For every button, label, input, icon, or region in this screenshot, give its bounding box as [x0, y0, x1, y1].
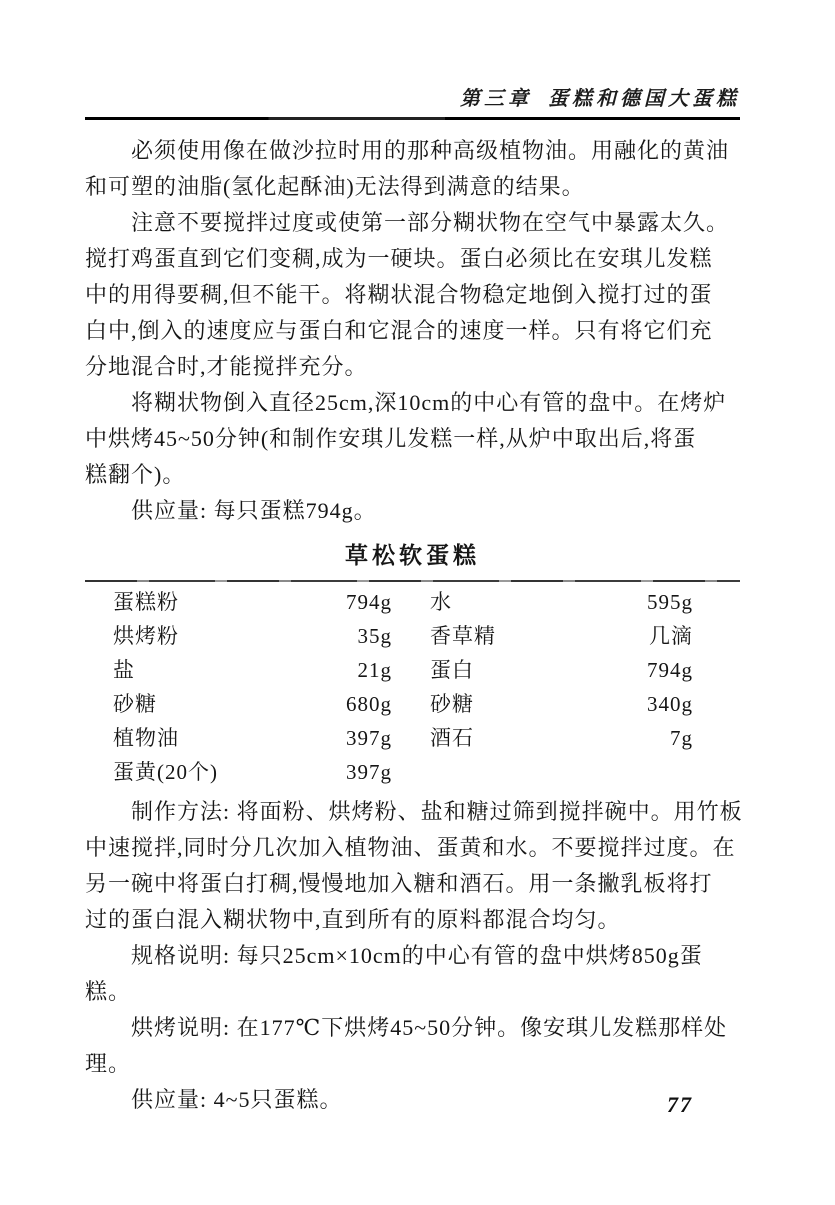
text-line: 过的蛋白混入糊状物中,直到所有的原料都混合均匀。 [85, 902, 740, 938]
ingredient-name: 酒石 [430, 721, 474, 755]
ingredient-amount: 794g [346, 585, 392, 619]
ingredient-amount: 21g [358, 653, 393, 687]
ingredient-amount: 7g [670, 721, 693, 755]
ingredient-pair: 蛋糕粉 794g [113, 585, 392, 619]
spec-paragraph: 规格说明: 每只25cm×10cm的中心有管的盘中烘烤850g蛋 糕。 [85, 938, 740, 1010]
ingredient-row: 砂糖 680g 砂糖 340g [85, 687, 740, 721]
recipe-title: 草松软蛋糕 [85, 539, 740, 573]
ingredient-name: 蛋糕粉 [113, 585, 179, 619]
ingredient-row: 蛋黄(20个) 397g [85, 755, 740, 789]
intro-paragraph-3: 将糊状物倒入直径25cm,深10cm的中心有管的盘中。在烤炉 中烘烤45~50分… [85, 385, 740, 493]
serving-note: 供应量: 每只蛋糕794g。 [85, 493, 740, 529]
ingredient-pair: 植物油 397g [113, 721, 392, 755]
method-paragraph: 制作方法: 将面粉、烘烤粉、盐和糖过筛到搅拌碗中。用竹板 中速搅拌,同时分几次加… [85, 794, 740, 938]
ingredient-pair: 砂糖 680g [113, 687, 392, 721]
ingredient-name: 砂糖 [113, 687, 157, 721]
text-line: 供应量: 每只蛋糕794g。 [85, 493, 740, 529]
yield-paragraph: 供应量: 4~5只蛋糕。 [85, 1082, 740, 1118]
ingredient-amount: 680g [346, 687, 392, 721]
ingredient-pair: 烘烤粉 35g [113, 619, 392, 653]
text-line: 供应量: 4~5只蛋糕。 [85, 1082, 740, 1118]
ingredient-pair: 砂糖 340g [430, 687, 693, 721]
book-page: 第三章蛋糕和德国大蛋糕 必须使用像在做沙拉时用的那种高级植物油。用融化的黄油 和… [0, 0, 835, 1205]
text-line: 中的用得要稠,但不能干。将糊状混合物稳定地倒入搅打过的蛋 [85, 277, 740, 313]
text-line: 中速搅拌,同时分几次加入植物油、蛋黄和水。不要搅拌过度。在 [85, 830, 740, 866]
page-header: 第三章蛋糕和德国大蛋糕 [85, 86, 740, 113]
text-line: 搅打鸡蛋直到它们变稠,成为一硬块。蛋白必须比在安琪儿发糕 [85, 241, 740, 277]
text-line: 糕。 [85, 974, 740, 1010]
ingredient-pair: 水 595g [430, 585, 693, 619]
text-line: 必须使用像在做沙拉时用的那种高级植物油。用融化的黄油 [85, 133, 740, 169]
text-line: 白中,倒入的速度应与蛋白和它混合的速度一样。只有将它们充 [85, 313, 740, 349]
text-line: 理。 [85, 1046, 740, 1082]
ingredient-amount: 794g [647, 653, 693, 687]
text-line: 中烘烤45~50分钟(和制作安琪儿发糕一样,从炉中取出后,将蛋 [85, 421, 740, 457]
ingredient-row: 植物油 397g 酒石 7g [85, 721, 740, 755]
ingredient-amount: 340g [647, 687, 693, 721]
intro-paragraph-2: 注意不要搅拌过度或使第一部分糊状物在空气中暴露太久。 搅打鸡蛋直到它们变稠,成为… [85, 205, 740, 385]
ingredient-name: 蛋黄(20个) [113, 755, 218, 789]
ingredient-row: 蛋糕粉 794g 水 595g [85, 585, 740, 619]
text-line: 糕翻个)。 [85, 457, 740, 493]
intro-paragraph-1: 必须使用像在做沙拉时用的那种高级植物油。用融化的黄油 和可塑的油脂(氢化起酥油)… [85, 133, 740, 205]
text-line: 注意不要搅拌过度或使第一部分糊状物在空气中暴露太久。 [85, 205, 740, 241]
ingredient-pair: 盐 21g [113, 653, 392, 687]
ingredient-amount: 397g [346, 755, 392, 789]
ingredient-pair: 香草精 几滴 [430, 619, 693, 653]
ingredient-pair [430, 755, 693, 789]
ingredient-amount: 35g [358, 619, 393, 653]
text-line: 将糊状物倒入直径25cm,深10cm的中心有管的盘中。在烤炉 [85, 385, 740, 421]
chapter-label: 第三章 [460, 88, 532, 110]
ingredient-name: 香草精 [430, 619, 496, 653]
header-rule [85, 117, 740, 120]
ingredient-row: 烘烤粉 35g 香草精 几滴 [85, 619, 740, 653]
ingredient-amount: 595g [647, 585, 693, 619]
text-line: 规格说明: 每只25cm×10cm的中心有管的盘中烘烤850g蛋 [85, 938, 740, 974]
ingredient-name: 蛋白 [430, 653, 474, 687]
page-number: 77 [667, 1092, 693, 1118]
text-line: 另一碗中将蛋白打稠,慢慢地加入糖和酒石。用一条撇乳板将打 [85, 866, 740, 902]
ingredient-name: 烘烤粉 [113, 619, 179, 653]
recipe-rule [85, 580, 740, 582]
ingredient-amount: 397g [346, 721, 392, 755]
ingredient-pair: 酒石 7g [430, 721, 693, 755]
ingredient-name: 盐 [113, 653, 135, 687]
text-line: 和可塑的油脂(氢化起酥油)无法得到满意的结果。 [85, 169, 740, 205]
baking-paragraph: 烘烤说明: 在177℃下烘烤45~50分钟。像安琪儿发糕那样处 理。 [85, 1010, 740, 1082]
running-title: 蛋糕和德国大蛋糕 [548, 88, 740, 110]
ingredient-pair: 蛋白 794g [430, 653, 693, 687]
ingredient-amount: 几滴 [649, 619, 693, 653]
ingredient-name: 植物油 [113, 721, 179, 755]
ingredient-row: 盐 21g 蛋白 794g [85, 653, 740, 687]
text-line: 制作方法: 将面粉、烘烤粉、盐和糖过筛到搅拌碗中。用竹板 [85, 794, 740, 830]
page-content: 第三章蛋糕和德国大蛋糕 必须使用像在做沙拉时用的那种高级植物油。用融化的黄油 和… [85, 0, 740, 1118]
text-line: 烘烤说明: 在177℃下烘烤45~50分钟。像安琪儿发糕那样处 [85, 1010, 740, 1046]
ingredient-name: 砂糖 [430, 687, 474, 721]
ingredient-pair: 蛋黄(20个) 397g [113, 755, 392, 789]
ingredient-name: 水 [430, 585, 452, 619]
ingredients-table: 蛋糕粉 794g 水 595g 烘烤粉 35g 香草精 几滴 [85, 585, 740, 789]
text-line: 分地混合时,才能搅拌充分。 [85, 349, 740, 385]
